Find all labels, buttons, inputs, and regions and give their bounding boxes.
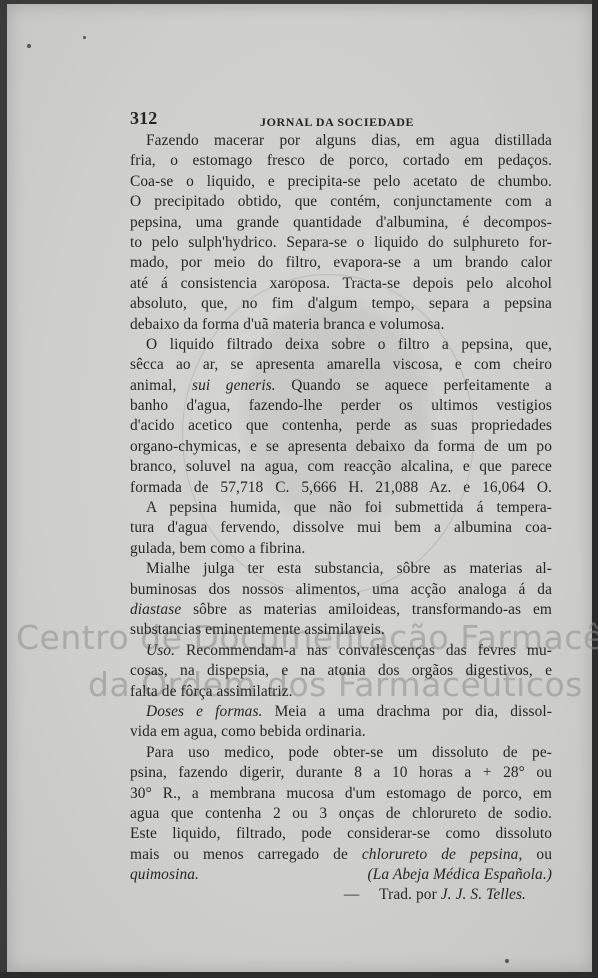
paragraph-preparation: Fazendo macerar por alguns dias, em agua…	[130, 131, 552, 335]
text-line: gulada, bem como a fibrina.	[130, 539, 552, 559]
text-line: Doses e formas. Meia a uma drachma por d…	[130, 702, 552, 722]
text-line: absoluto, que, no fim d'algum tempo, sep…	[130, 294, 552, 314]
signature-dash: —	[344, 886, 360, 903]
text-span: mais ou menos carregado de	[130, 846, 362, 863]
page-number: 312	[130, 108, 230, 128]
paper-speck	[83, 36, 86, 39]
text-line: Mialhe julga ter esta substancia, sôbre …	[130, 559, 552, 579]
paragraph-doses: Doses e formas. Meia a uma drachma por d…	[130, 702, 552, 743]
text-line: fria, o estomago fresco de porco, cortad…	[130, 151, 552, 171]
paragraph-medical-use: Para uso medico, pode obter-se um dissol…	[130, 743, 552, 886]
scan-border-right	[592, 0, 598, 978]
text-line: cosas, na dispepsia, e na atonia dos org…	[130, 661, 552, 681]
text-line: tura d'agua fervendo, dissolve mui bem a…	[130, 518, 552, 538]
italic-term: quimosina.	[130, 865, 199, 885]
paragraph-properties: O liquido filtrado deixa sobre o filtro …	[130, 335, 552, 498]
text-line: banho d'agua, fazendo-lhe perder os ulti…	[130, 396, 552, 416]
text-line: mais ou menos carregado de chlorureto de…	[130, 845, 552, 865]
text-line: A pepsina humida, que não foi submettida…	[130, 498, 552, 518]
text-line: falta de fôrça assimilatriz.	[130, 682, 552, 702]
text-line: organo-chymicas, e se apresenta debaixo …	[130, 437, 552, 457]
section-label: Uso.	[146, 642, 175, 659]
text-span: Meia a uma drachma por dia, dissol-	[263, 703, 553, 720]
text-span: , ou	[518, 846, 552, 863]
text-line: substancias eminentemente assimilaveis.	[130, 620, 552, 640]
text-line: Coa-se o liquido, e precipita-se pelo ac…	[130, 172, 552, 192]
text-span: sôbre as materias amiloideas, transforma…	[181, 601, 552, 618]
text-line: Uso. Recommendam-a nas convalescenças da…	[130, 641, 552, 661]
text-span: Recommendam-a nas convalescenças das fev…	[175, 642, 552, 659]
text-line: d'acido acetico que contenha, perde as s…	[130, 416, 552, 436]
paragraph-mialhe: Mialhe julga ter esta substancia, sôbre …	[130, 559, 552, 641]
text-line: vida em agua, como bebida ordinaria.	[130, 722, 552, 742]
text-line: to pelo sulph'hydrico. Separa-se o liqui…	[130, 233, 552, 253]
paper-speck	[27, 44, 31, 48]
running-head: JORNAL DA SOCIEDADE	[260, 112, 414, 132]
text-line: pepsina, uma grande quantidade d'albumin…	[130, 213, 552, 233]
italic-term: diastase	[130, 601, 181, 618]
text-line: branco, soluvel na agua, com reacção alc…	[130, 457, 552, 477]
text-line: O liquido filtrado deixa sobre o filtro …	[130, 335, 552, 355]
text-line: até á consistencia xaroposa. Tracta-se d…	[130, 274, 552, 294]
text-line: Este liquido, filtrado, pode considerar-…	[130, 824, 552, 844]
text-span: Quando se aquece perfeitamente a	[276, 377, 552, 394]
text-line: O precipitado obtido, que contém, conjun…	[130, 192, 552, 212]
article-text: 312 JORNAL DA SOCIEDADE Fazendo macerar …	[130, 108, 552, 906]
paragraph-moist-pepsin: A pepsina humida, que não foi submettida…	[130, 498, 552, 559]
text-line: debaixo da forma d'uã materia branca e v…	[130, 315, 552, 335]
page-header: 312 JORNAL DA SOCIEDADE	[130, 108, 552, 130]
text-line: psina, fazendo digerir, durante 8 a 10 h…	[130, 763, 552, 783]
text-line: agua que contenha 2 ou 3 onças de chloru…	[130, 804, 552, 824]
signature-prefix: Trad. por	[379, 886, 441, 903]
text-line: sêcca ao ar, se apresenta amarella visco…	[130, 355, 552, 375]
text-line: Para uso medico, pode obter-se um dissol…	[130, 743, 552, 763]
source-citation: (La Abeja Médica Española.)	[367, 865, 552, 885]
scan-border-bottom	[0, 972, 598, 978]
text-line: 30° R., a membrana mucosa d'um estomago …	[130, 784, 552, 804]
italic-term: chlorureto de pepsina	[362, 846, 519, 863]
text-line: Fazendo macerar por alguns dias, em agua…	[130, 131, 552, 151]
text-line: mado, por meio do filtro, evapora-se a u…	[130, 253, 552, 273]
section-label: Doses e formas.	[146, 703, 263, 720]
paper-speck	[505, 959, 509, 963]
translator-name: J. J. S. Telles.	[441, 886, 526, 903]
italic-term: sui generis.	[192, 377, 276, 394]
paragraph-uso: Uso. Recommendam-a nas convalescenças da…	[130, 641, 552, 702]
text-line: formada de 57,718 C. 5,666 H. 21,088 Az.…	[130, 478, 552, 498]
text-span: animal,	[130, 377, 192, 394]
text-line: diastase sôbre as materias amiloideas, t…	[130, 600, 552, 620]
text-line: buminosas dos nossos alimentos, uma acçã…	[130, 580, 552, 600]
translator-signature: — Trad. por J. J. S. Telles.	[130, 885, 552, 905]
text-line: animal, sui generis. Quando se aquece pe…	[130, 376, 552, 396]
text-line: quimosina.(La Abeja Médica Española.)	[130, 865, 552, 885]
